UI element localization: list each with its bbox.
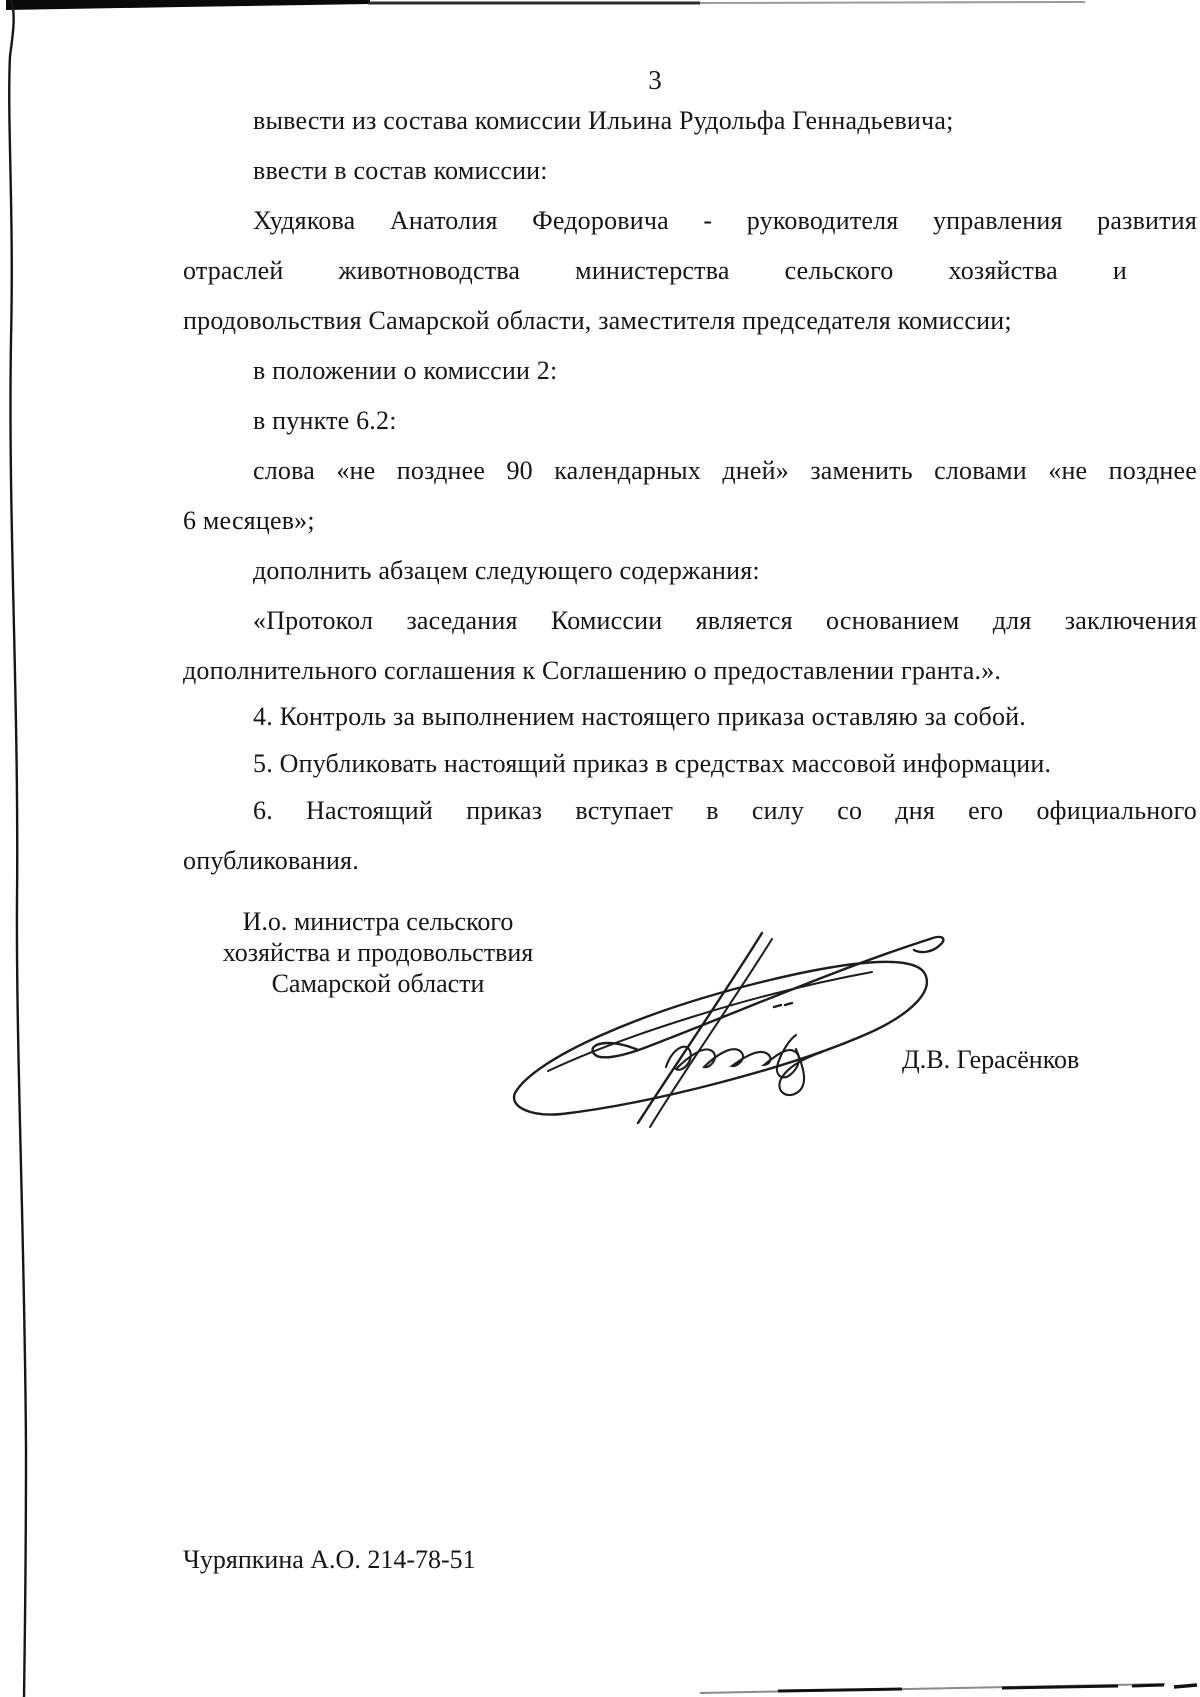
body-line: 6 месяцев»; [183, 504, 1127, 538]
scanned-document-page: 3 вывести из состава комиссии Ильина Руд… [0, 0, 1200, 1697]
body-line: «Протокол заседания Комиссии является ос… [183, 604, 1197, 638]
body-line: продовольствия Самарской области, замест… [183, 304, 1127, 338]
body-line: отраслей животноводства министерства сел… [183, 254, 1127, 288]
body-line: дополнительного соглашения к Соглашению … [183, 654, 1127, 688]
signatory-title: И.о. министра сельского хозяйства и прод… [192, 906, 564, 999]
body-line: дополнить абзацем следующего содержания: [183, 554, 1197, 588]
body-line: 6. Настоящий приказ вступает в силу со д… [183, 794, 1197, 828]
scan-artifact-bottom-line [700, 1684, 1165, 1693]
body-line: Худякова Анатолия Федоровича - руководит… [183, 204, 1197, 238]
body-line: в пункте 6.2: [183, 404, 1197, 438]
handwritten-signature-icon [490, 853, 960, 1145]
signatory-name: Д.В. Герасёнков [902, 1043, 1079, 1077]
body-line: 5. Опубликовать настоящий приказ в средс… [183, 747, 1197, 781]
body-line: 4. Контроль за выполнением настоящего пр… [183, 700, 1197, 734]
scan-artifact-left-line [9, 0, 26, 1697]
signatory-title-line: И.о. министра сельского [192, 906, 564, 937]
body-line: вывести из состава комиссии Ильина Рудол… [183, 104, 1197, 138]
signatory-title-line: хозяйства и продовольствия [192, 937, 564, 968]
page-number: 3 [183, 63, 1127, 97]
body-line: ввести в состав комиссии: [183, 154, 1197, 188]
signatory-title-line: Самарской области [192, 968, 564, 999]
body-line: в положении о комиссии 2: [183, 354, 1197, 388]
scan-artifact-top-bar [6, 0, 370, 10]
body-line: опубликования. [183, 844, 1127, 878]
body-line: слова «не позднее 90 календарных дней» з… [183, 454, 1197, 488]
footer-contact: Чуряпкина А.О. 214-78-51 [183, 1543, 476, 1577]
